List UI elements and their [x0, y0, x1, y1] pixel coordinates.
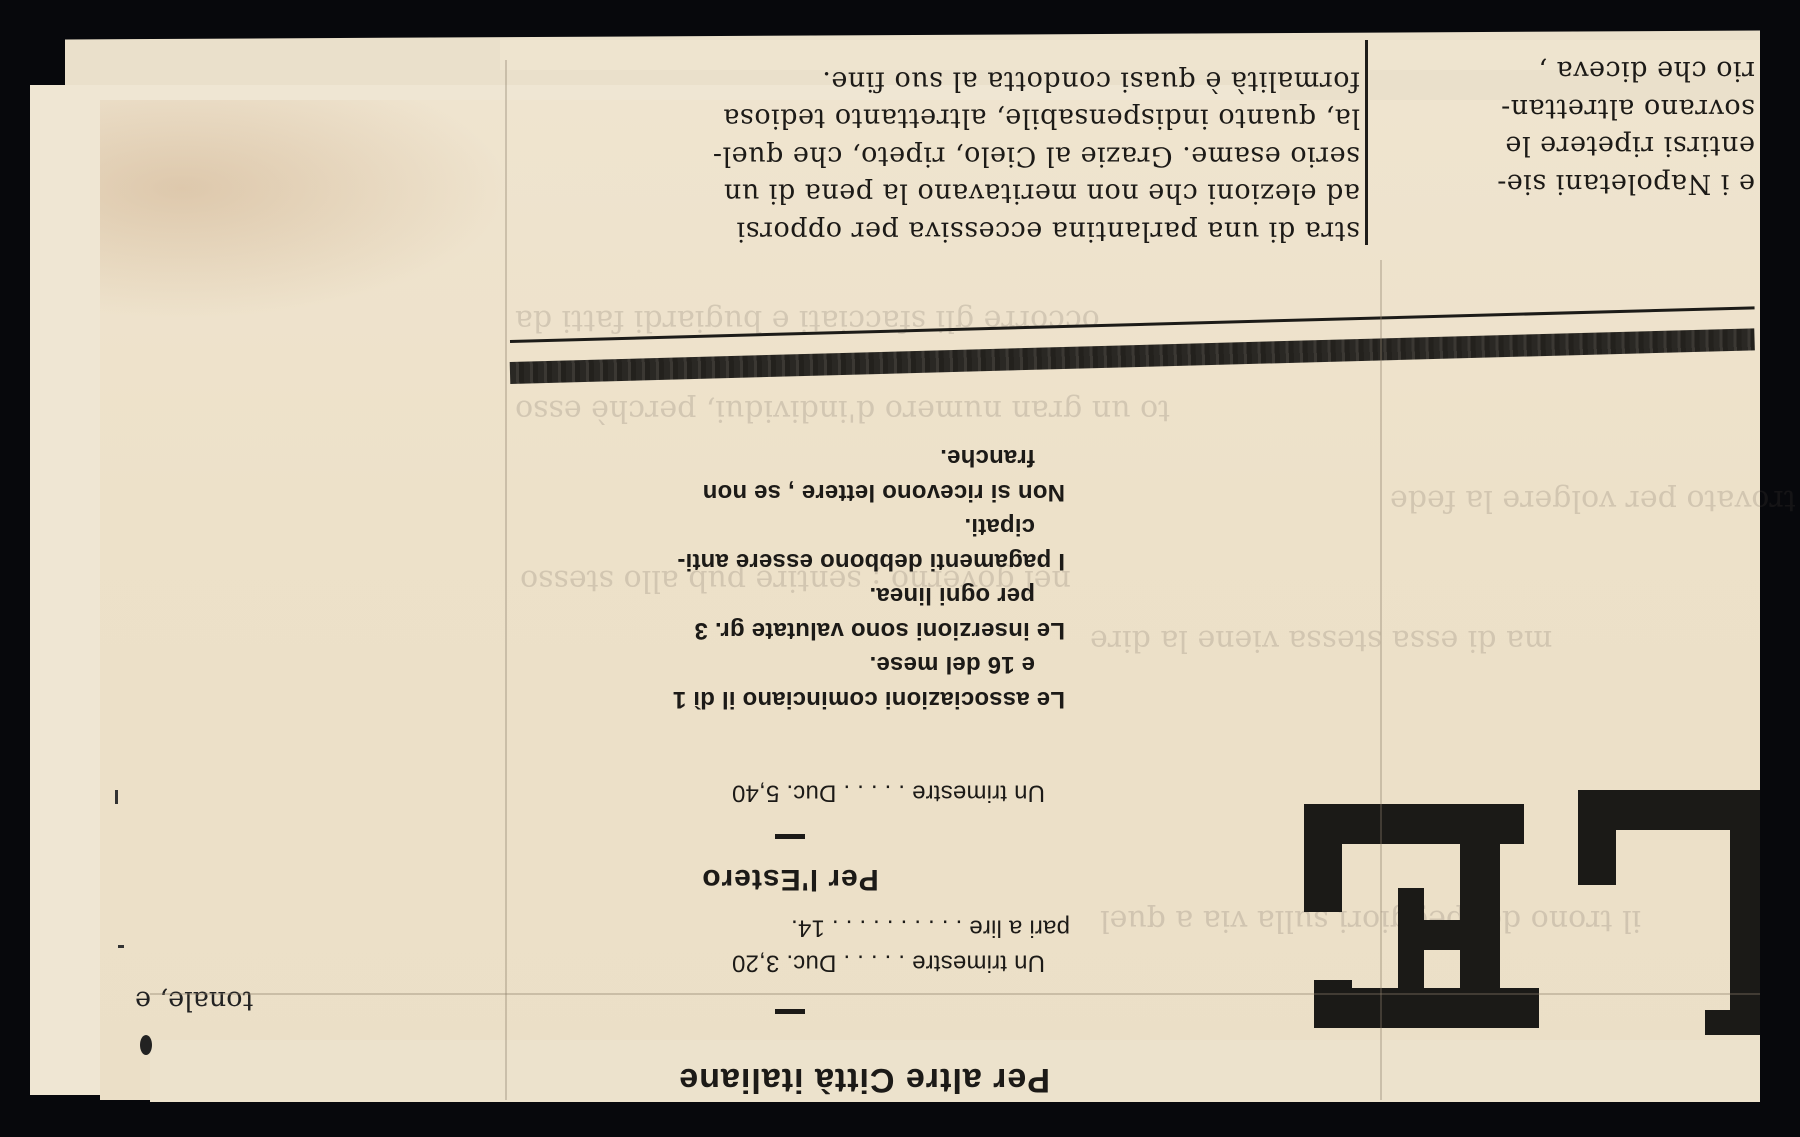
notice-line: e 16 del mese. [515, 647, 1065, 682]
article-column: stra di una parlantina eccessiva per opp… [515, 62, 1360, 250]
italian-price-line: Un trimestre . . . . . Duc. 3,20 [525, 945, 1045, 980]
right-column-clip: e i Napoletani sie- entirsi ripetere le … [1395, 40, 1755, 270]
left-fragment-text: tonale, e [135, 985, 253, 1016]
right-column-line: entirsi ripetere le [1395, 127, 1755, 165]
margin-mark [118, 945, 124, 948]
margin-mark [140, 1035, 152, 1055]
article-line: formalità è quasi condotta al suo fine. [515, 62, 1360, 100]
notice-line: cipati. [515, 509, 1065, 544]
article-line: ad elezioni che non meritavano la pena d… [515, 175, 1360, 213]
notice-line: Le associazioni cominciano il dì 1 [515, 682, 1065, 717]
article-line: la, quanto indispensabile, altrettanto t… [515, 100, 1360, 138]
paper-stain [100, 100, 510, 320]
article-line: stra di una parlantina eccessiva per opp… [515, 212, 1360, 250]
subscription-notice: Le associazioni cominciano il dì 1 e 16 … [515, 440, 1065, 716]
notice-line: Non si ricevono lettere , se non [515, 475, 1065, 510]
separator-dash [770, 830, 810, 849]
right-column-line: rio che diceva , [1395, 52, 1755, 90]
masthead-letter-e [1290, 770, 1760, 1035]
right-column-line: e i Napoletani sie- [1395, 165, 1755, 203]
notice-line: franche. [515, 440, 1065, 475]
separator-dash [770, 1005, 810, 1024]
foreign-price-line: Un trimestre . . . . . Duc. 5,40 [525, 775, 1045, 810]
column-divider [1365, 40, 1368, 245]
fold-crease [150, 993, 1760, 995]
fold-crease [505, 60, 507, 1100]
foreign-heading: Per l'Estero [650, 862, 930, 896]
right-column-line: sovrano altrettan- [1395, 90, 1755, 128]
italian-cities-heading: Per altre Città italiane [530, 1060, 1050, 1099]
right-column: e i Napoletani sie- entirsi ripetere le … [1395, 52, 1755, 202]
italian-lire-line: pari a lire . . . . . . . . . . 14. [550, 910, 1070, 945]
article-line: serio esame. Grazie al Cielo, ripeto, ch… [515, 137, 1360, 175]
notice-line: per ogni linea. [515, 578, 1065, 613]
margin-mark [115, 790, 118, 804]
notice-line: I pagamenti debbono essere anti- [515, 544, 1065, 579]
notice-line: Le inserzioni sono valutate gr. 3 [515, 613, 1065, 648]
masthead-letters: E L [1290, 770, 1760, 1035]
fold-crease [1380, 260, 1382, 1100]
